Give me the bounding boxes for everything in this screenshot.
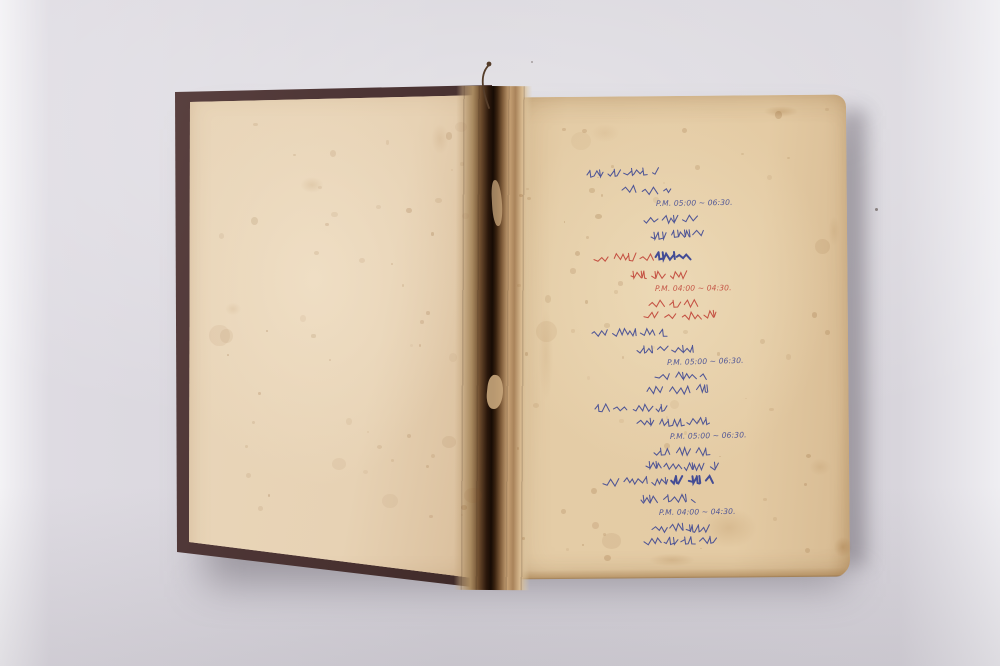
book-spine-torn-binding bbox=[454, 86, 533, 590]
photo-open-book: P.M. 05:00 ~ 06:30.P.M. 04:00 ~ 04:30.P.… bbox=[0, 0, 1000, 666]
loose-binding-thread-icon bbox=[468, 52, 512, 110]
left-blank-page bbox=[185, 92, 492, 585]
right-handwritten-page bbox=[498, 94, 850, 579]
dust-speck bbox=[531, 61, 533, 63]
dust-speck bbox=[875, 208, 878, 211]
